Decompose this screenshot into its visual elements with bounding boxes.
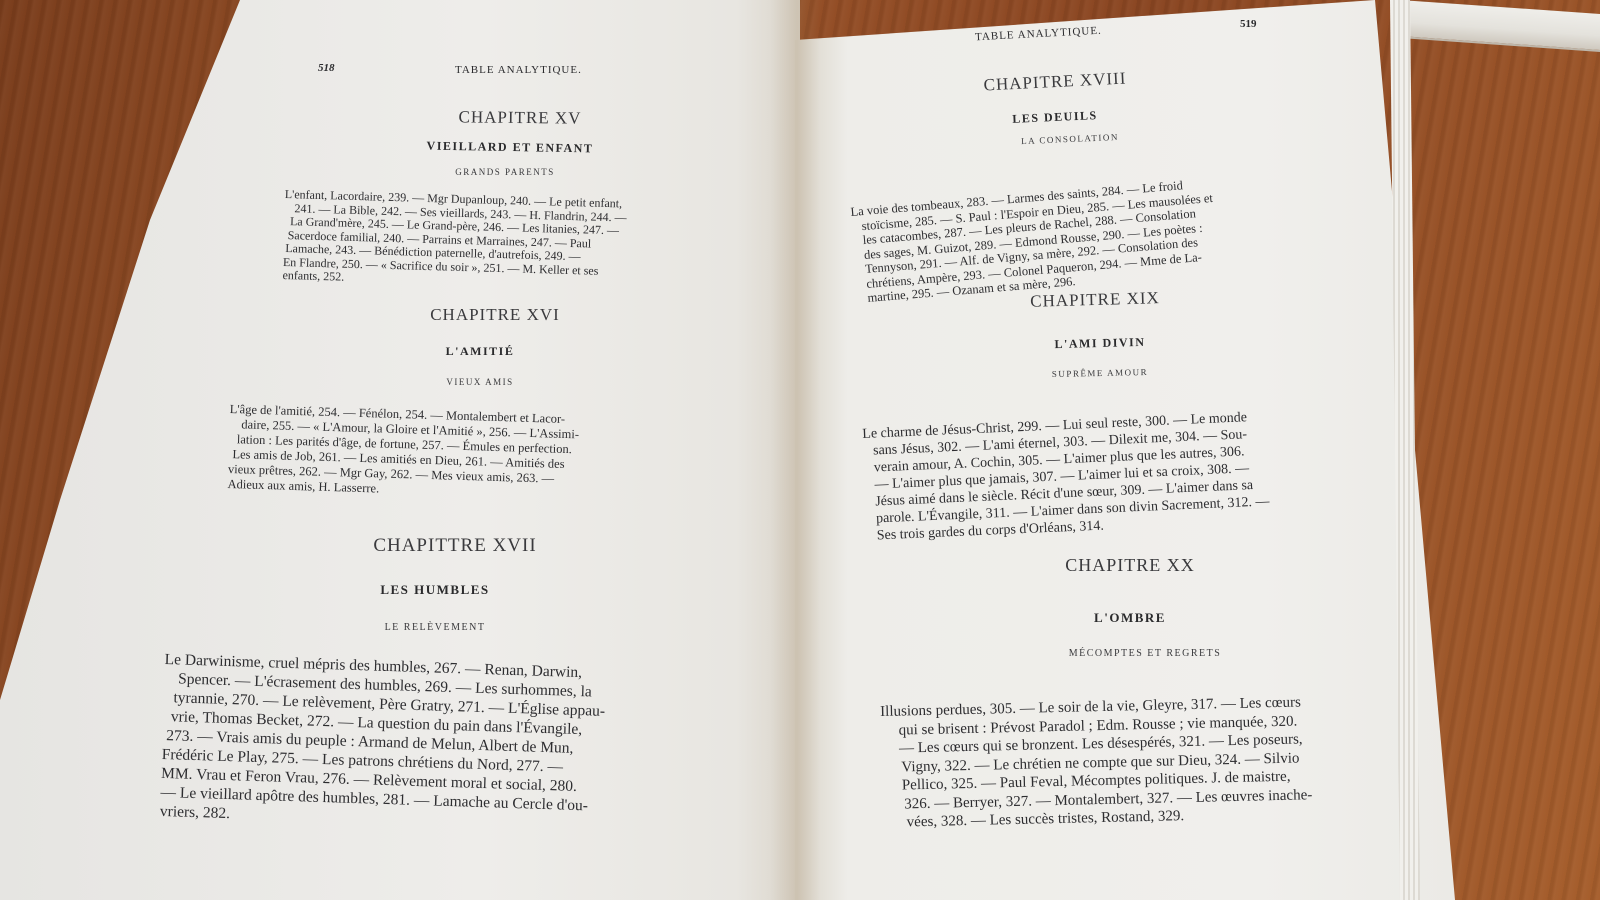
chapter-heading: CHAPITRE XVIII xyxy=(975,68,1136,96)
chapter-entries: L'enfant, Lacordaire, 239. — Mgr Dupanlo… xyxy=(282,188,627,292)
chapter-title: LES DEUILS xyxy=(1005,108,1106,127)
chapter-entries: L'âge de l'amitié, 254. — Fénélon, 254. … xyxy=(227,402,579,502)
chapter-subtitle: VIEUX AMIS xyxy=(420,377,540,387)
chapter-subtitle: LE RELÈVEMENT xyxy=(370,622,500,633)
book-gutter xyxy=(770,0,820,900)
chapter-entries: La voie des tombeaux, 283. — Larmes des … xyxy=(850,176,1219,306)
chapter-title: VIEILLARD ET ENFANT xyxy=(380,138,640,158)
page-number: 519 xyxy=(1240,18,1257,30)
page-stack-edge xyxy=(1400,0,1600,52)
left-page: 518 TABLE ANALYTIQUE. CHAPITRE XV VIEILL… xyxy=(0,0,800,900)
right-page: TABLE ANALYTIQUE. 519 CHAPITRE XVIII LES… xyxy=(795,0,1455,900)
chapter-title: LES HUMBLES xyxy=(360,582,510,598)
chapter-subtitle: LA CONSOLATION xyxy=(1015,132,1125,147)
running-head: TABLE ANALYTIQUE. xyxy=(975,25,1102,44)
chapter-heading: CHAPITTRE XVII xyxy=(360,535,550,557)
chapter-heading: CHAPITRE XIX xyxy=(1015,288,1175,312)
chapter-title: L'AMI DIVIN xyxy=(1045,335,1155,353)
chapter-entries: Illusions perdues, 305. — Le soir de la … xyxy=(880,693,1313,832)
chapter-entries: Le Darwinisme, cruel mépris des humbles,… xyxy=(160,650,607,835)
chapter-subtitle: SUPRÊME AMOUR xyxy=(1045,367,1155,379)
chapter-heading: CHAPITRE XV xyxy=(400,107,640,130)
chapter-subtitle: GRANDS PARENTS xyxy=(400,167,610,177)
chapter-entries: Le charme de Jésus-Christ, 299. — Lui se… xyxy=(862,408,1271,544)
chapter-heading: CHAPITRE XX xyxy=(1050,555,1210,576)
page-number: 518 xyxy=(318,62,335,74)
chapter-title: L'AMITIÉ xyxy=(420,344,540,359)
chapter-subtitle: MÉCOMPTES ET REGRETS xyxy=(1050,648,1240,659)
chapter-title: L'OMBRE xyxy=(1085,610,1175,626)
chapter-heading: CHAPITRE XVI xyxy=(400,305,590,325)
running-head: TABLE ANALYTIQUE. xyxy=(455,64,582,76)
